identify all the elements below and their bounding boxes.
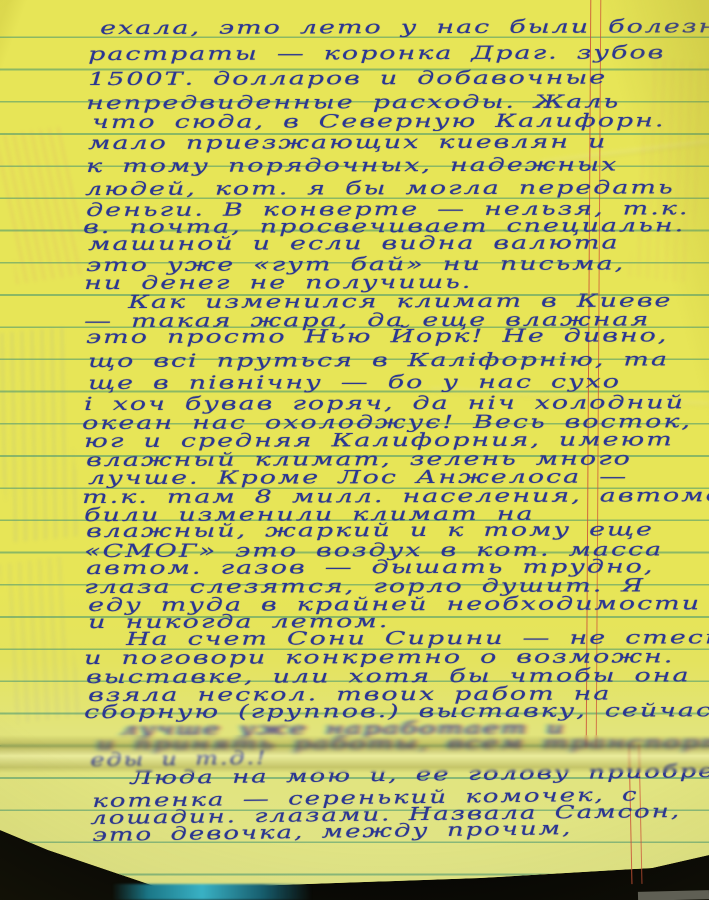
scanner-light-streak: [112, 884, 312, 900]
handwritten-line: растраты — коронка Драг. зубов: [88, 42, 665, 65]
handwritten-line: що всі пруться в Каліфорнію, та: [88, 349, 669, 372]
handwritten-line: это просто Нью Йорк! Не дивно,: [86, 325, 668, 348]
handwritten-line: ехала, это лето у нас были болезни,: [100, 16, 709, 39]
scanned-letter-page: ехала, это лето у нас были болезни, раст…: [0, 0, 709, 900]
underlying-surface-strip: [638, 890, 709, 900]
handwritten-line: мало приезжающих киевлян и: [88, 131, 607, 154]
handwritten-line: машиной и если видна валюта: [88, 232, 620, 255]
handwritten-line: ще в північну — бо у нас сухо: [88, 371, 621, 394]
paper-fold-crease: [0, 735, 709, 773]
handwritten-line: что сюда, в Северную Калифорн.: [92, 110, 665, 133]
handwritten-line: к тому порядочных, надежных: [86, 154, 618, 177]
handwritten-line: людей, кот. я бы могла передать: [85, 177, 675, 200]
handwritten-line: 1500Т. долларов и добавочные: [88, 67, 607, 90]
